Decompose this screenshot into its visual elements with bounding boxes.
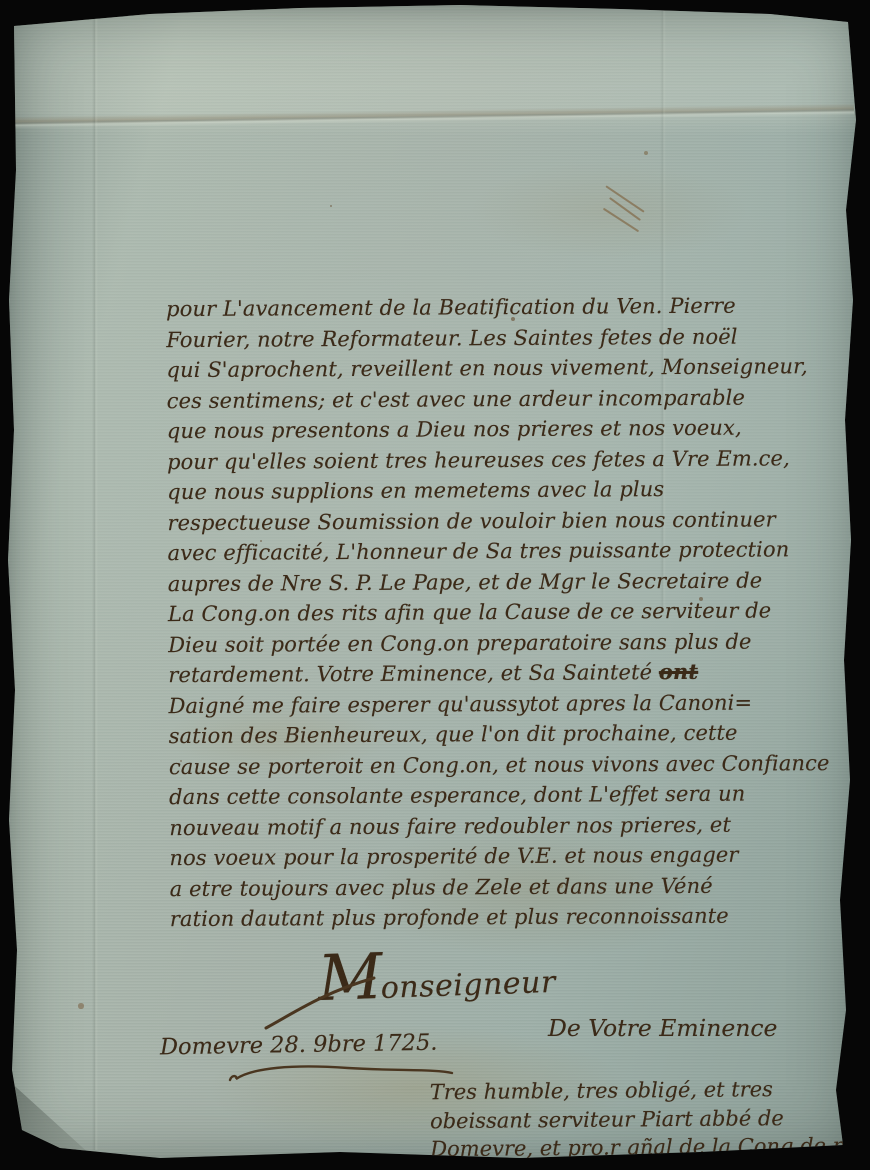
- letter-line: Daigné me faire esperer qu'aussytot apre…: [168, 686, 860, 721]
- strikethrough-word: ont: [659, 659, 698, 684]
- closing-line: obeissant serviteur Piart abbé de: [430, 1102, 870, 1135]
- letter-line: a etre toujours avec plus de Zele et dan…: [170, 869, 862, 904]
- closing-line-text: Domevre, et pro.r: [430, 1135, 626, 1161]
- folded-corner: [9, 1072, 104, 1160]
- dateline: Domevre 28. 9bre 1725.: [160, 1030, 438, 1061]
- letter-line: que nous presentons a Dieu nos prieres e…: [167, 412, 859, 447]
- letter-line: dans cette consolante esperance, dont L'…: [169, 778, 861, 813]
- letter-line: que nous supplions en memetems avec la p…: [167, 473, 859, 508]
- closing-line: Tres humble, tres obligé, et tres: [430, 1074, 870, 1107]
- fold-crease-vertical-left: [92, 10, 98, 1150]
- letter-line-text: retardement. Votre Eminence, et Sa Saint…: [168, 660, 659, 687]
- letter-paper: pour L'avancement de la Beatification du…: [0, 0, 870, 1170]
- letter-line: avec efficacité, L'honneur de Sa tres pu…: [168, 534, 860, 569]
- underlined-abbreviation: gñal de la Cong: [626, 1134, 793, 1162]
- letter-line: sation des Bienheureux, que l'on dit pro…: [169, 717, 861, 752]
- salutation-pen-flourish: [262, 972, 382, 1034]
- letter-line: pour qu'elles soient tres heureuses ces …: [167, 442, 859, 477]
- letter-line: La Cong.on des rits afin que la Cause de…: [168, 595, 860, 630]
- letter-line: nouveau motif a nous faire redoubler nos…: [169, 808, 861, 843]
- closing-block: Tres humble, tres obligé, et tres obeiss…: [430, 1074, 870, 1164]
- scanned-letter-page: pour L'avancement de la Beatification du…: [0, 0, 870, 1170]
- paper-specks: [0, 0, 2, 2]
- dateline-pen-flourish: [222, 1060, 460, 1086]
- letter-line: aupres de Nre S. P. Le Pape, et de Mgr l…: [168, 564, 860, 599]
- letter-line: qui S'aprochent, reveillent en nous vive…: [166, 351, 858, 386]
- letter-line: nos voeux pour la prosperité de V.E. et …: [169, 839, 861, 874]
- closing-intro: De Votre Eminence: [548, 1014, 777, 1042]
- letter-line-with-strikethrough: retardement. Votre Eminence, et Sa Saint…: [168, 656, 860, 691]
- letter-line: pour L'avancement de la Beatification du…: [166, 290, 858, 325]
- letter-line: ration dautant plus profonde et plus rec…: [170, 900, 862, 935]
- letter-line: ces sentimens; et c'est avec une ardeur …: [167, 381, 859, 416]
- letter-line: cause se porteroit en Cong.on, et nous v…: [169, 747, 861, 782]
- letter-line: Dieu soit portée en Cong.on preparatoire…: [168, 625, 860, 660]
- letter-body: pour L'avancement de la Beatification du…: [166, 290, 862, 935]
- ink-scratch-marks: [598, 192, 658, 244]
- closing-line-text: de nre Sauv.: [793, 1133, 870, 1158]
- closing-line-signature: Domevre, et pro.r gñal de la Cong de nre…: [430, 1131, 870, 1164]
- fold-crease-horizontal: [8, 103, 854, 128]
- letter-line: respectueuse Soumission de vouloir bien …: [167, 503, 859, 538]
- letter-line: Fourier, notre Reformateur. Les Saintes …: [166, 320, 858, 355]
